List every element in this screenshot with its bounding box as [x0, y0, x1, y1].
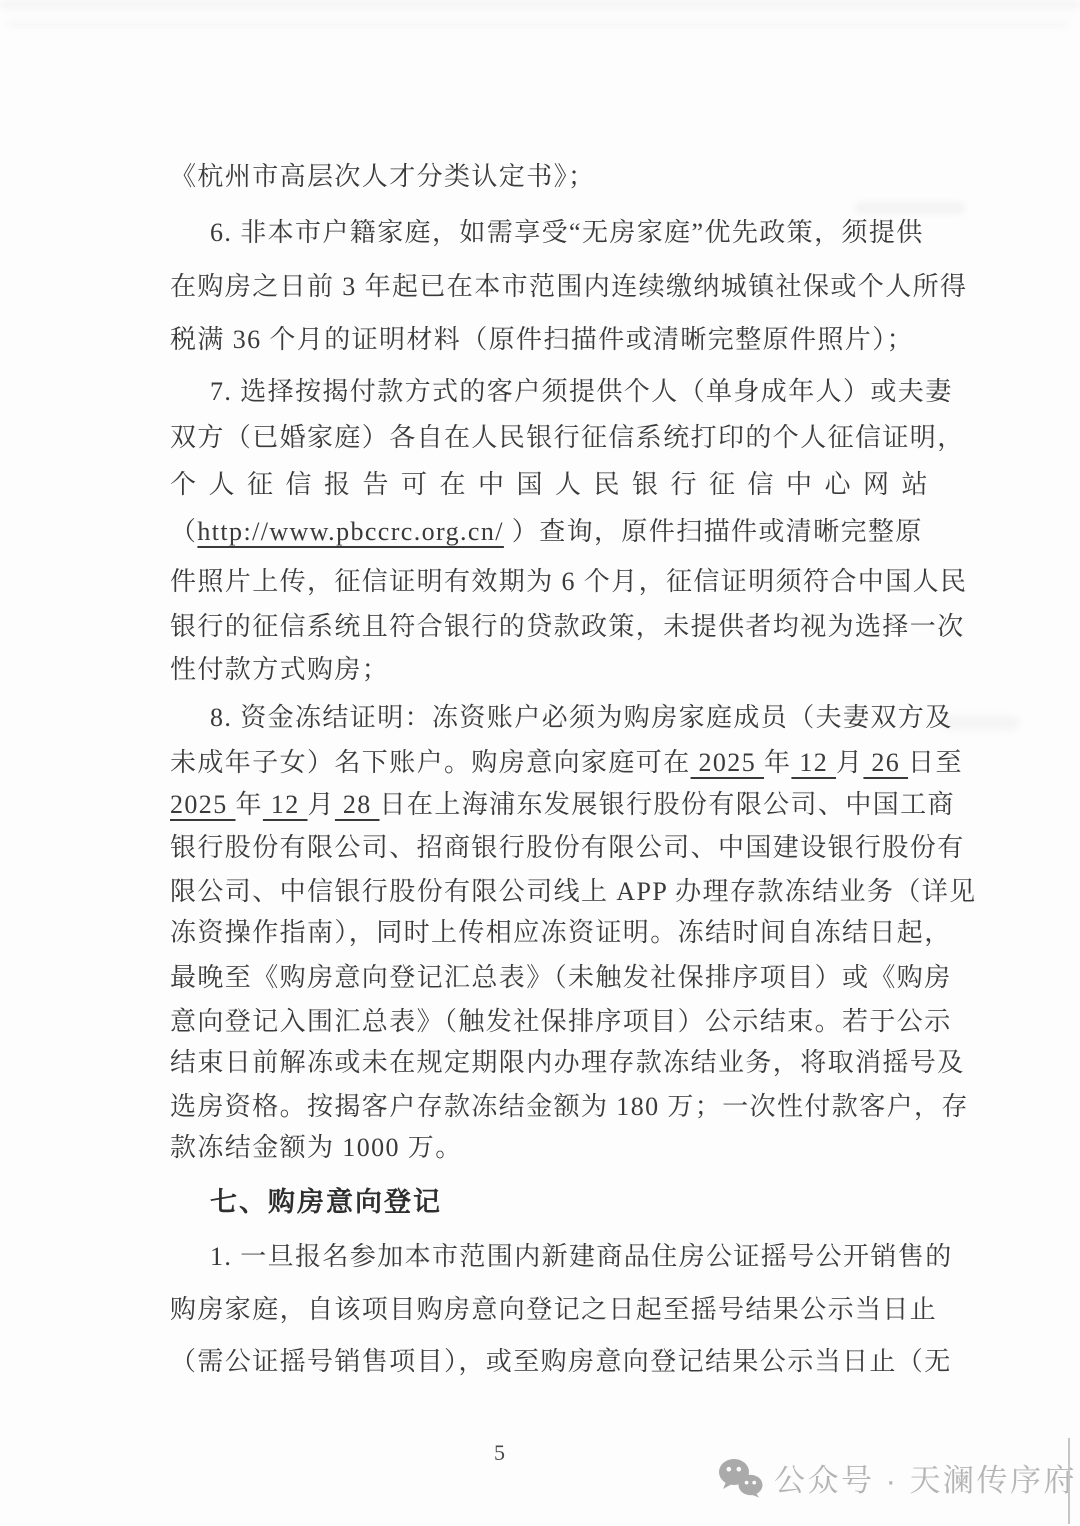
- underlined-text: 28: [335, 790, 380, 819]
- text-segment: 件照片上传，征信证明有效期为 6 个月，征信证明须符合中国人民: [170, 567, 967, 596]
- text-segment: 结束日前解冻或未在规定期限内办理存款冻结业务，将取消摇号及: [170, 1048, 965, 1077]
- text-segment: ）查询，原件扫描件或清晰完整原: [504, 517, 923, 546]
- underlined-text: 12: [263, 790, 308, 819]
- text-line: 《杭州市高层次人才分类认定书》；: [170, 157, 942, 197]
- watermark: 公众号 · 天澜传序府: [718, 1455, 1077, 1500]
- text-segment: 日在上海浦东发展银行股份有限公司、中国工商: [380, 790, 955, 819]
- watermark-text: 公众号 · 天澜传序府: [774, 1455, 1077, 1500]
- text-segment: 七、购房意向登记: [210, 1187, 442, 1217]
- text-line: 意向登记入围汇总表》（触发社保排序项目）公示结束。若于公示: [170, 1002, 942, 1042]
- text-line: 银行股份有限公司、招商银行股份有限公司、中国建设银行股份有: [170, 828, 942, 868]
- text-segment: 8. 资金冻结证明：冻资账户必须为购房家庭成员（夫妻双方及: [210, 703, 953, 732]
- scan-artifact: [8, 22, 1068, 27]
- section-heading: 七、购房意向登记: [170, 1182, 982, 1222]
- text-segment: 7. 选择按揭付款方式的客户须提供个人（单身成年人）或夫妻: [210, 377, 953, 406]
- text-segment: 月: [836, 748, 863, 777]
- text-segment: 在购房之日前 3 年起已在本市范围内连续缴纳城镇社保或个人所得: [170, 272, 967, 301]
- text-line: 结束日前解冻或未在规定期限内办理存款冻结业务，将取消摇号及: [170, 1043, 942, 1083]
- text-segment: （: [170, 517, 197, 546]
- text-line: 7. 选择按揭付款方式的客户须提供个人（单身成年人）或夫妻: [170, 372, 982, 412]
- underlined-text: 26: [863, 748, 908, 777]
- text-line: 税满 36 个月的证明材料（原件扫描件或清晰完整原件照片）；: [170, 320, 942, 360]
- text-line: 冻资操作指南），同时上传相应冻资证明。冻结时间自冻结日起，: [170, 913, 942, 953]
- text-line: 限公司、中信银行股份有限公司线上 APP 办理存款冻结业务（详见: [170, 872, 942, 912]
- text-segment: 最晚至《购房意向登记汇总表》（未触发社保排序项目）或《购房: [170, 963, 952, 992]
- text-segment: 双方（已婚家庭）各自在人民银行征信系统打印的个人征信证明，: [170, 423, 965, 452]
- text-segment: 银行股份有限公司、招商银行股份有限公司、中国建设银行股份有: [170, 833, 965, 862]
- text-segment: 选房资格。按揭客户存款冻结金额为 180 万；一次性付款客户，存: [170, 1092, 969, 1121]
- text-line: 2025 年 12 月 28 日在上海浦东发展银行股份有限公司、中国工商: [170, 785, 942, 825]
- scan-artifact: [0, 0, 1080, 9]
- text-segment: 6. 非本市户籍家庭，如需享受“无房家庭”优先政策，须提供: [210, 218, 924, 247]
- underlined-text: 2025: [170, 790, 236, 819]
- text-line: 未成年子女）名下账户。购房意向家庭可在 2025 年 12 月 26 日至: [170, 743, 942, 783]
- text-line: 个人征信报告可在中国人民银行征信中心网站: [170, 465, 942, 505]
- text-line: 在购房之日前 3 年起已在本市范围内连续缴纳城镇社保或个人所得: [170, 267, 942, 307]
- text-segment: 1. 一旦报名参加本市范围内新建商品住房公证摇号公开销售的: [210, 1242, 953, 1271]
- text-segment: 《杭州市高层次人才分类认定书》；: [170, 162, 595, 191]
- wechat-icon: [718, 1458, 764, 1498]
- underlined-text: 12: [791, 748, 836, 777]
- text-line: 最晚至《购房意向登记汇总表》（未触发社保排序项目）或《购房: [170, 958, 942, 998]
- text-segment: 年: [236, 790, 263, 819]
- scan-edge-line: [1068, 1438, 1070, 1524]
- scanned-document-page: 《杭州市高层次人才分类认定书》；6. 非本市户籍家庭，如需享受“无房家庭”优先政…: [0, 0, 1080, 1526]
- text-line: 购房家庭，自该项目购房意向登记之日起至摇号结果公示当日止: [170, 1290, 942, 1330]
- text-segment: 未成年子女）名下账户。购房意向家庭可在: [170, 748, 691, 777]
- underlined-text: http://www.pbccrc.org.cn/: [197, 517, 504, 546]
- text-segment: 意向登记入围汇总表》（触发社保排序项目）公示结束。若于公示: [170, 1007, 952, 1036]
- text-segment: 性付款方式购房；: [170, 655, 389, 684]
- page-number: 5: [494, 1440, 505, 1466]
- text-line: 8. 资金冻结证明：冻资账户必须为购房家庭成员（夫妻双方及: [170, 698, 982, 738]
- underlined-text: 2025: [691, 748, 764, 777]
- text-segment: 购房家庭，自该项目购房意向登记之日起至摇号结果公示当日止: [170, 1295, 937, 1324]
- text-segment: 款冻结金额为 1000 万。: [170, 1133, 463, 1162]
- text-segment: 银行的征信系统且符合银行的贷款政策，未提供者均视为选择一次: [170, 612, 965, 641]
- text-line: 性付款方式购房；: [170, 650, 942, 690]
- text-line: （http://www.pbccrc.org.cn/ ）查询，原件扫描件或清晰完…: [170, 512, 942, 552]
- text-line: 款冻结金额为 1000 万。: [170, 1128, 942, 1168]
- text-segment: 个人征信报告可在中国人民银行征信中心网站: [170, 470, 940, 499]
- text-line: 银行的征信系统且符合银行的贷款政策，未提供者均视为选择一次: [170, 607, 942, 647]
- text-segment: 限公司、中信银行股份有限公司线上 APP 办理存款冻结业务（详见: [170, 877, 977, 906]
- text-line: 选房资格。按揭客户存款冻结金额为 180 万；一次性付款客户，存: [170, 1087, 942, 1127]
- text-line: （需公证摇号销售项目），或至购房意向登记结果公示当日止（无: [170, 1342, 942, 1382]
- text-segment: 年: [764, 748, 791, 777]
- text-segment: 冻资操作指南），同时上传相应冻资证明。冻结时间自冻结日起，: [170, 918, 952, 947]
- text-segment: 月: [308, 790, 335, 819]
- text-segment: 税满 36 个月的证明材料（原件扫描件或清晰完整原件照片）；: [170, 325, 914, 354]
- text-line: 1. 一旦报名参加本市范围内新建商品住房公证摇号公开销售的: [170, 1237, 982, 1277]
- text-segment: 日至: [908, 748, 963, 777]
- text-line: 6. 非本市户籍家庭，如需享受“无房家庭”优先政策，须提供: [170, 213, 982, 253]
- text-line: 双方（已婚家庭）各自在人民银行征信系统打印的个人征信证明，: [170, 418, 942, 458]
- text-segment: （需公证摇号销售项目），或至购房意向登记结果公示当日止（无: [170, 1347, 952, 1376]
- text-line: 件照片上传，征信证明有效期为 6 个月，征信证明须符合中国人民: [170, 562, 942, 602]
